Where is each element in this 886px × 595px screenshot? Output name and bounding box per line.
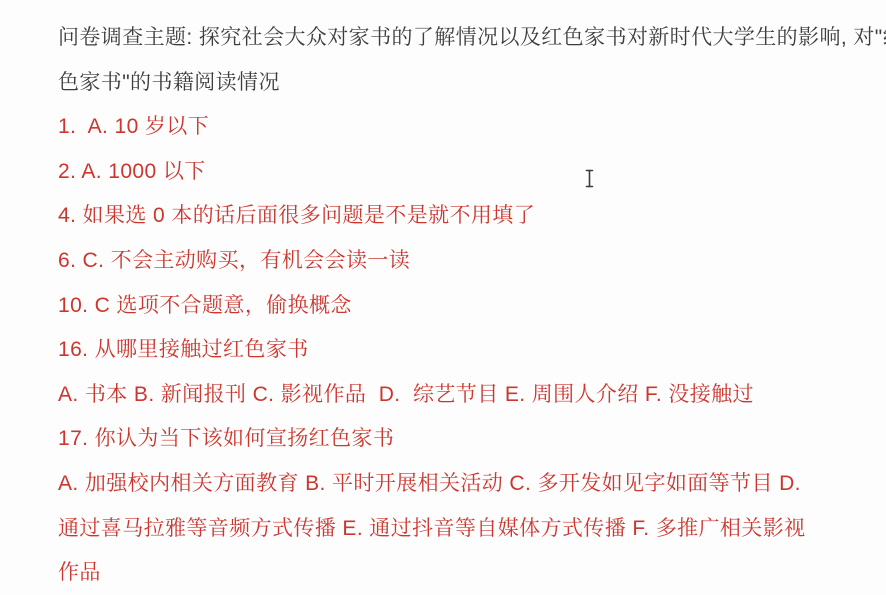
- document-line[interactable]: 色家书"的书籍阅读情况: [58, 61, 880, 106]
- document-text-area[interactable]: 问卷调查主题: 探究社会大众对家书的了解情况以及红色家书对新时代大学生的影响, …: [58, 16, 880, 595]
- document-line[interactable]: 问卷调查主题: 探究社会大众对家书的了解情况以及红色家书对新时代大学生的影响, …: [58, 16, 880, 61]
- document-line[interactable]: A. 书本 B. 新闻报刊 C. 影视作品 D. 综艺节目 E. 周围人介绍 F…: [58, 373, 880, 418]
- document-line[interactable]: A. 加强校内相关方面教育 B. 平时开展相关活动 C. 多开发如见字如面等节目…: [58, 462, 880, 507]
- document-line[interactable]: 1. A. 10 岁以下: [58, 105, 880, 150]
- document-line[interactable]: 2. A. 1000 以下: [58, 150, 880, 195]
- document-line[interactable]: 通过喜马拉雅等音频方式传播 E. 通过抖音等自媒体方式传播 F. 多推广相关影视: [58, 507, 880, 552]
- document-line[interactable]: 17. 你认为当下该如何宣扬红色家书: [58, 417, 880, 462]
- document-line[interactable]: 4. 如果选 0 本的话后面很多问题是不是就不用填了: [58, 194, 880, 239]
- document-line[interactable]: 作品: [58, 551, 880, 595]
- document-line[interactable]: 6. C. 不会主动购买，有机会会读一读: [58, 239, 880, 284]
- document-page[interactable]: 问卷调查主题: 探究社会大众对家书的了解情况以及红色家书对新时代大学生的影响, …: [0, 0, 886, 595]
- document-line[interactable]: 10. C 选项不合题意，偷换概念: [58, 284, 880, 329]
- document-line[interactable]: 16. 从哪里接触过红色家书: [58, 328, 880, 373]
